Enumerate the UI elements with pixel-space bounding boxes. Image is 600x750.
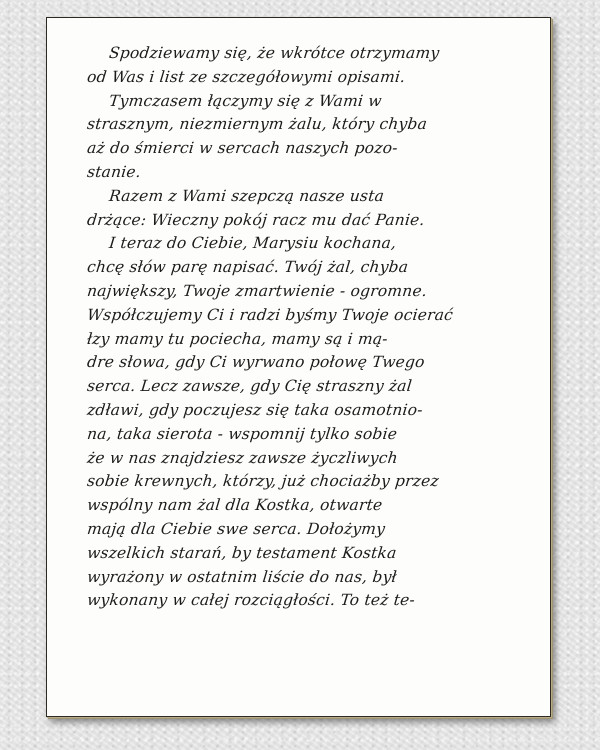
letter-page: Spodziewamy się, że wkrótce otrzymamyod …: [46, 17, 551, 717]
letter-line: strasznym, niezmiernym żalu, który chyba: [86, 113, 549, 137]
letter-line: wspólny nam żal dla Kostka, otwarte: [86, 494, 549, 518]
letter-line: stanie.: [86, 161, 549, 185]
letter-line: łzy mamy tu pociecha, mamy są i mą-: [86, 328, 549, 352]
letter-line: Spodziewamy się, że wkrótce otrzymamy: [86, 42, 549, 66]
letter-line: chcę słów parę napisać. Twój żal, chyba: [86, 256, 549, 280]
letter-line: zdławi, gdy poczujesz się taka osamotnio…: [86, 399, 549, 423]
letter-line: wyrażony w ostatnim liście do nas, był: [86, 566, 549, 590]
letter-line: drżące: Wieczny pokój racz mu dać Panie.: [86, 209, 549, 233]
letter-line: serca. Lecz zawsze, gdy Cię straszny żal: [86, 375, 549, 399]
letter-line: od Was i list ze szczegółowymi opisami.: [86, 66, 549, 90]
letter-line: Razem z Wami szepczą nasze usta: [86, 185, 549, 209]
letter-line: aż do śmierci w sercach naszych pozo-: [86, 137, 549, 161]
letter-line: że w nas znajdziesz zawsze życzliwych: [86, 447, 549, 471]
letter-line: sobie krewnych, którzy, już chociażby pr…: [86, 470, 549, 494]
letter-line: mają dla Ciebie swe serca. Dołożymy: [86, 518, 549, 542]
letter-line: wykonany w całej rozciągłości. To też te…: [86, 589, 549, 613]
letter-line: na, taka sierota - wspomnij tylko sobie: [86, 423, 549, 447]
letter-line: I teraz do Ciebie, Marysiu kochana,: [86, 232, 549, 256]
letter-line: wszelkich starań, by testament Kostka: [86, 542, 549, 566]
letter-line: dre słowa, gdy Ci wyrwano połowę Twego: [86, 351, 549, 375]
letter-line: Współczujemy Ci i radzi byśmy Twoje ocie…: [86, 304, 549, 328]
letter-line: największy, Twoje zmartwienie - ogromne.: [86, 280, 549, 304]
handwritten-letter-body: Spodziewamy się, że wkrótce otrzymamyod …: [87, 42, 547, 613]
letter-line: Tymczasem łączymy się z Wami w: [86, 90, 549, 114]
